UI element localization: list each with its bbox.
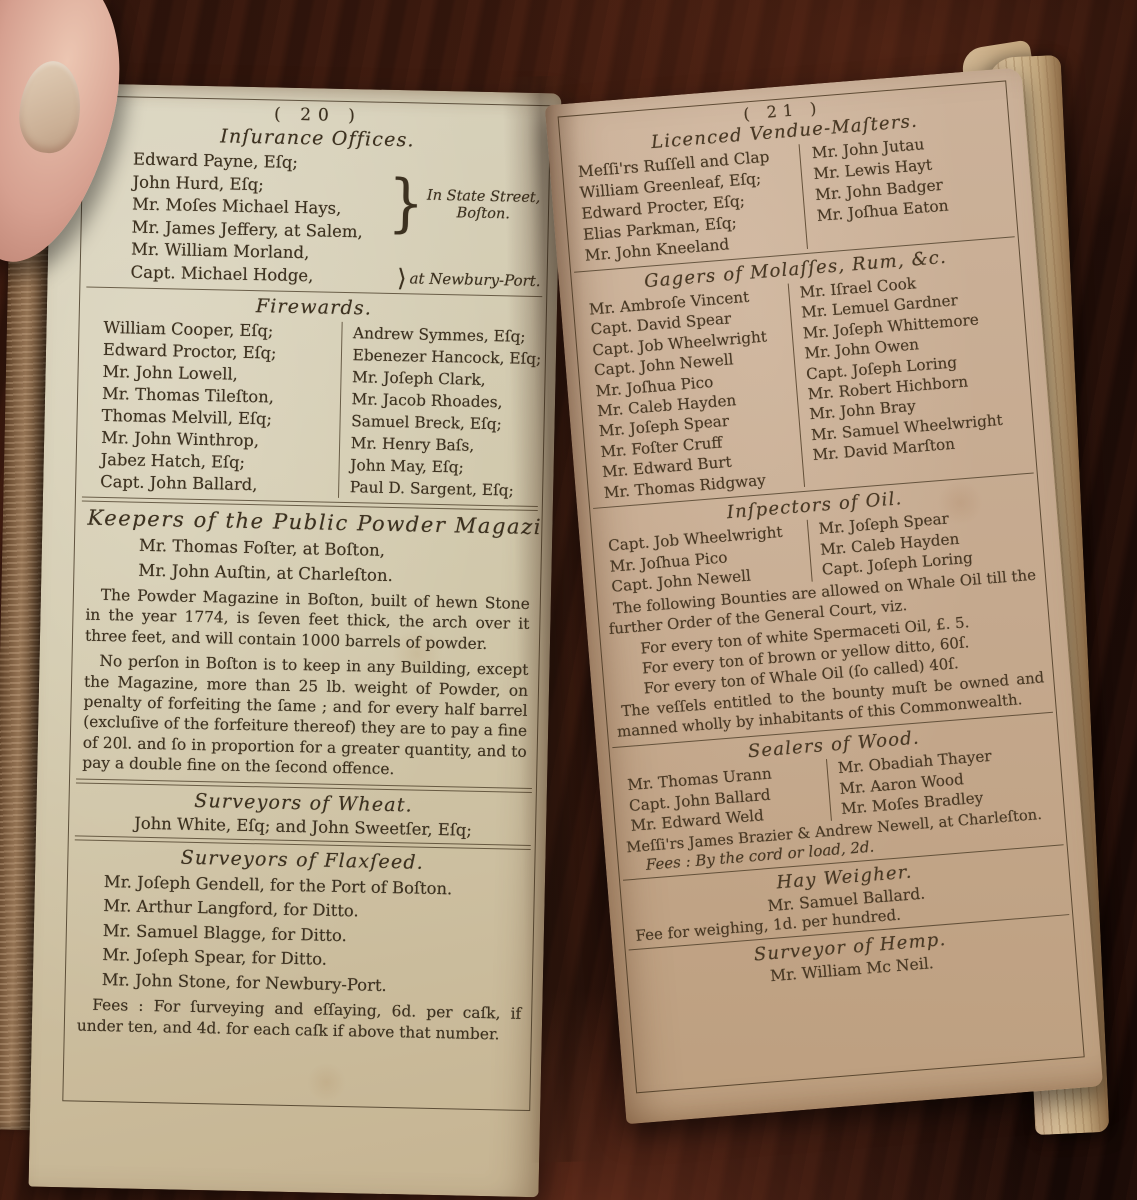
brace-text-line: Boſton.	[426, 205, 540, 224]
book-page-21: ( 21 ) Licenced Vendue-Maſters. Meſſi'rs…	[545, 67, 1103, 1124]
section-surveyors-flaxseed: Surveyors of Flaxſeed. Mr. Joſeph Gendel…	[77, 844, 525, 1045]
firewards-col2: Andrew Symmes, Eſq;Ebenezer Hancock, Eſq…	[338, 322, 534, 502]
section-insurance-offices: Inſurance Offices. Edward Payne, Eſq;Joh…	[92, 123, 539, 292]
brace-icon: ⟩	[397, 266, 407, 290]
gagers-columns: Mr. Ambroſe VincentCapt. David SpearCapt…	[582, 266, 1027, 504]
powder-paragraph-2: No perſon in Boſton is to keep in any Bu…	[82, 651, 528, 783]
section-inspectors-oil: Inſpectors of Oil. Capt. Job Wheelwright…	[599, 478, 1046, 743]
powder-keepers-list: Mr. Thomas Foſter, at Boſton,Mr. John Au…	[86, 533, 531, 591]
flaxseed-fees: Fees : For ſurveying and eſſaying, 6d. p…	[77, 995, 522, 1045]
section-surveyors-wheat: Surveyors of Wheat. John White, Eſq; and…	[81, 787, 526, 840]
brace-annotation-boston: } In State Street, Boſton.	[388, 176, 541, 235]
firewards-columns: William Cooper, Eſq;Edward Proctor, Eſq;…	[88, 317, 536, 502]
section-gagers-molasses: Gagers of Molaſſes, Rum, &c. Mr. Ambroſe…	[580, 242, 1027, 504]
section-powder-magazines: Keepers of the Public Powder Magazines M…	[82, 506, 532, 783]
person-name: Capt. John Ballard,	[100, 471, 338, 498]
gagers-col2: Mr. Iſrael CookMr. Lemuel GardnerMr. Joſ…	[788, 266, 1025, 487]
powder-paragraph-1: The Powder Magazine in Boſton, built of …	[85, 585, 530, 656]
flaxseed-names-list: Mr. Joſeph Gendell, for the Port of Boſt…	[78, 869, 524, 1001]
brace-text-line: at Newbury-Port.	[409, 269, 540, 290]
brace-text: In State Street, Boſton.	[426, 188, 540, 224]
brace-annotation-newbury: ⟩ at Newbury-Port.	[397, 266, 541, 293]
vendue-col2: Mr. John JutauMr. Lewis HaytMr. John Bad…	[798, 128, 1006, 249]
printed-frame-left: ( 20 ) Inſurance Offices. Edward Payne, …	[62, 95, 551, 1111]
section-firewards: Firewards. William Cooper, Eſq;Edward Pr…	[88, 292, 536, 502]
brace-icon: }	[387, 173, 424, 236]
thumb-nail	[16, 58, 85, 156]
gagers-col1: Mr. Ambroſe VincentCapt. David SpearCapt…	[584, 284, 804, 504]
insurance-body: Edward Payne, Eſq;John Hurd, Eſq;Mr. Moſ…	[92, 148, 539, 292]
book-page-20: ( 20 ) Inſurance Offices. Edward Payne, …	[28, 83, 561, 1197]
vendue-col1: Meſſi'rs Ruſſell and ClapWilliam Greenle…	[573, 144, 806, 267]
photo-scene: ( 20 ) Inſurance Offices. Edward Payne, …	[0, 0, 1137, 1200]
firewards-col1: William Cooper, Eſq;Edward Proctor, Eſq;…	[90, 317, 341, 498]
person-name: Paul D. Sargent, Eſq;	[350, 476, 531, 502]
printed-frame-right: ( 21 ) Licenced Vendue-Maſters. Meſſi'rs…	[558, 80, 1085, 1093]
